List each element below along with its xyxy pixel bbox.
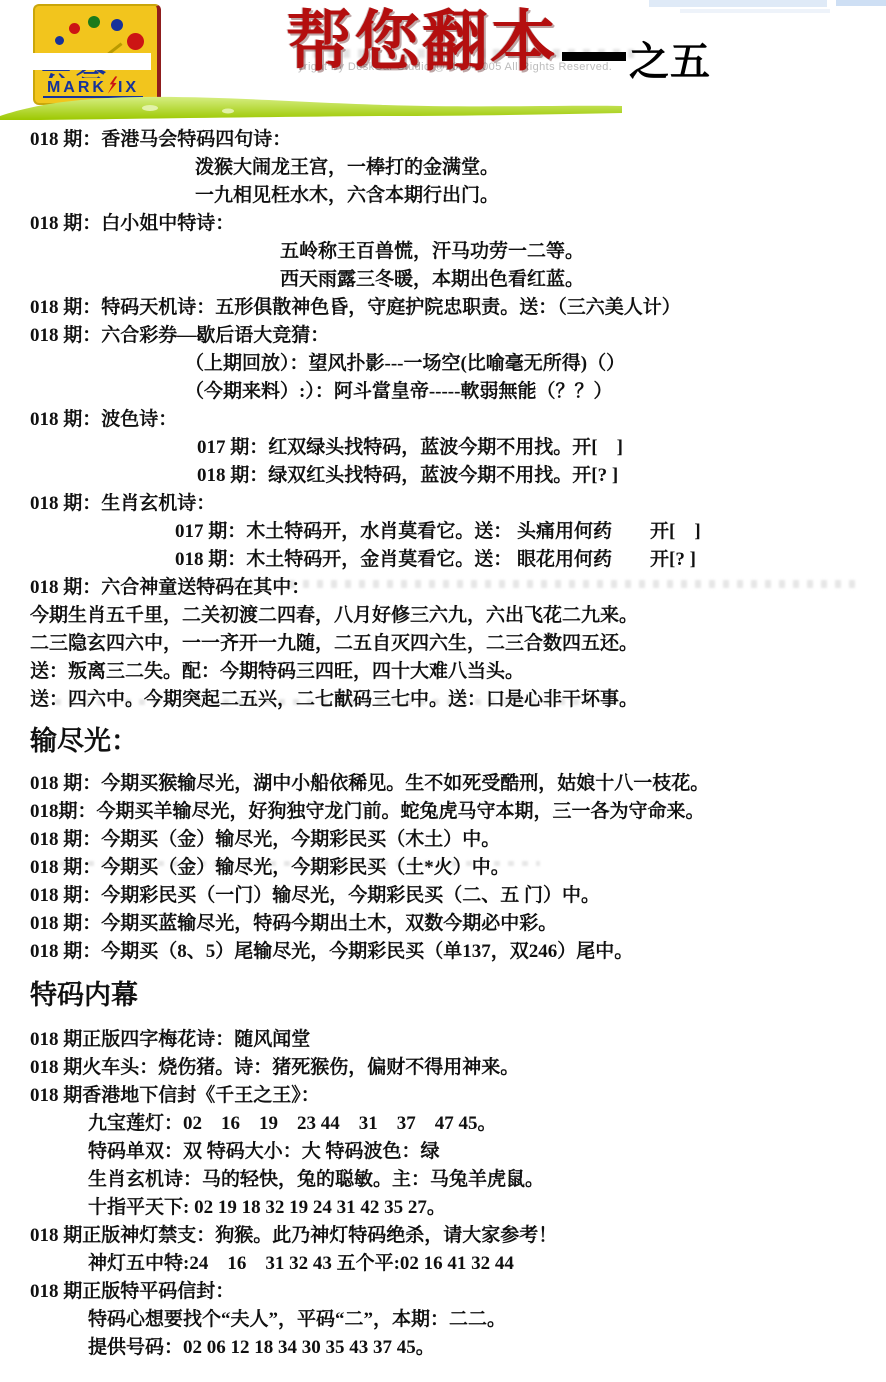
logo-dot-red (69, 23, 80, 34)
green-wave-band (0, 92, 622, 122)
logo-dot-green (88, 16, 100, 28)
text-line: 二三隐玄四六中，一一齐开一九随，二五自灭四六生，二三合数四五还。 (30, 630, 880, 658)
logo-dot-red-large (127, 33, 144, 50)
number-line: 神灯五中特:24 16 31 32 43 五个平:02 16 41 32 44 (30, 1250, 880, 1278)
text-line: 018 期：今期买（8、5）尾输尽光，今期彩民买（单137，双246）尾中。 (30, 938, 880, 966)
text-line: 018 期：白小姐中特诗： (30, 210, 880, 238)
text-line: 018 期：波色诗： (30, 406, 880, 434)
poem-line: 五岭称王百兽慌，汗马功劳一二等。 (30, 238, 880, 266)
title-dash (562, 52, 626, 61)
text-line: 018 期正版特平码信封： (30, 1278, 880, 1306)
text-line: 018 期正版四字梅花诗：随风闻堂 (30, 1026, 880, 1054)
title-suffix: 之五 (629, 30, 711, 87)
text-line: 送：四六中。今期突起二五兴，二七献码三七中。送：口是心非干坏事。 (30, 686, 880, 714)
text-line: 018 期：生肖玄机诗： (30, 490, 880, 518)
page-title: 帮您翻本 (286, 0, 558, 86)
text-line: 特码心想要找个“夫人”，平码“二”，本期：二二。 (30, 1306, 880, 1334)
text-line: 生肖玄机诗：马的轻快，兔的聪敏。主：马兔羊虎鼠。 (30, 1166, 880, 1194)
marksix-logo: 六合彩 MARKIX (33, 4, 161, 105)
text-line: 018 期：六合彩券—歇后语大竞猜： (30, 322, 880, 350)
section-heading-shujinguang: 输尽光： (30, 724, 880, 758)
text-line: 018 期：今期买蓝输尽光，特码今期出土木，双数今期必中彩。 (30, 910, 880, 938)
zodiac-line: 017 期：木土特码开，水肖莫看它。送： 头痛用何药 开[ ] (30, 518, 880, 546)
text-line: 018 期：今期彩民买（一门）输尽光，今期彩民买（二、五 门）中。 (30, 882, 880, 910)
riddle-line: （今期来料）:）：阿斗當皇帝-----軟弱無能（？？） (30, 378, 880, 406)
text-line: 送：叛离三二失。配：今期特码三四旺，四十大难八当头。 (30, 658, 880, 686)
poem-line: 一九相见枉水木，六含本期行出门。 (30, 182, 880, 210)
text-line: 018 期：今期买（金）输尽光，今期彩民买（土*火）中。 (30, 854, 880, 882)
text-line: 018 期火车头：烧伤猪。诗：猪死猴伤，偏财不得用神来。 (30, 1054, 880, 1082)
tip-sheet-page: 六合彩 MARKIX yright By DeskCar Studio @200… (0, 0, 886, 1382)
poem-line: 西天雨露三冬暖，本期出色看红蓝。 (30, 266, 880, 294)
text-line: 018 期：香港马会特码四句诗： (30, 126, 880, 154)
riddle-line: （上期回放）：望风扑影---一场空(比喻毫无所得)（） (30, 350, 880, 378)
number-line: 提供号码：02 06 12 18 34 30 35 43 37 45。 (30, 1334, 880, 1362)
text-line: 今期生肖五千里，二关初渡二四春，八月好修三六九，六出飞花二九来。 (30, 602, 880, 630)
text-line: 018 期正版神灯禁支：狗猴。此乃神灯特码绝杀，请大家参考！ (30, 1222, 880, 1250)
text-line: 018 期：六合神童送特码在其中： (30, 574, 880, 602)
poem-line: 泼猴大闹龙王宫，一棒打的金满堂。 (30, 154, 880, 182)
wave-line: 018 期：绿双红头找特码，蓝波今期不用找。开[? ] (30, 462, 880, 490)
text-line: 018 期：今期买（金）输尽光，今期彩民买（木土）中。 (30, 826, 880, 854)
logo-dot-blue (55, 36, 64, 45)
number-line: 十指平天下: 02 19 18 32 19 24 31 42 35 27。 (30, 1194, 880, 1222)
header: 六合彩 MARKIX yright By DeskCar Studio @200… (0, 0, 886, 122)
logo-dot-blue2 (111, 19, 123, 31)
masthead: 帮您翻本 之五 (286, 0, 711, 87)
text-line: 特码单双：双 特码大小：大 特码波色：绿 (30, 1138, 880, 1166)
wave-line: 017 期：红双绿头找特码，蓝波今期不用找。开[ ] (30, 434, 880, 462)
sheet-body: 018 期：香港马会特码四句诗： 泼猴大闹龙王宫，一棒打的金满堂。 一九相见枉水… (0, 124, 886, 1362)
text-line: 018 期：今期买猴输尽光，湖中小船依稀见。生不如死受酷刑，姑娘十八一枝花。 (30, 770, 880, 798)
text-line: 018期：今期买羊输尽光，好狗独守龙门前。蛇兔虎马守本期，三一各为守命来。 (30, 798, 880, 826)
number-line: 九宝莲灯：02 16 19 23 44 31 37 47 45。 (30, 1110, 880, 1138)
zodiac-line: 018 期：木土特码开，金肖莫看它。送： 眼花用何药 开[? ] (30, 546, 880, 574)
text-line: 018 期：特码天机诗：五形俱散神色昏，守庭护院忠职责。送：（三六美人计） (30, 294, 880, 322)
logo-white-band (29, 53, 151, 70)
top-edge-artifact (836, 0, 886, 6)
section-heading-temaneimu: 特码内幕 (30, 978, 880, 1012)
text-line: 018 期香港地下信封《千王之王》： (30, 1082, 880, 1110)
